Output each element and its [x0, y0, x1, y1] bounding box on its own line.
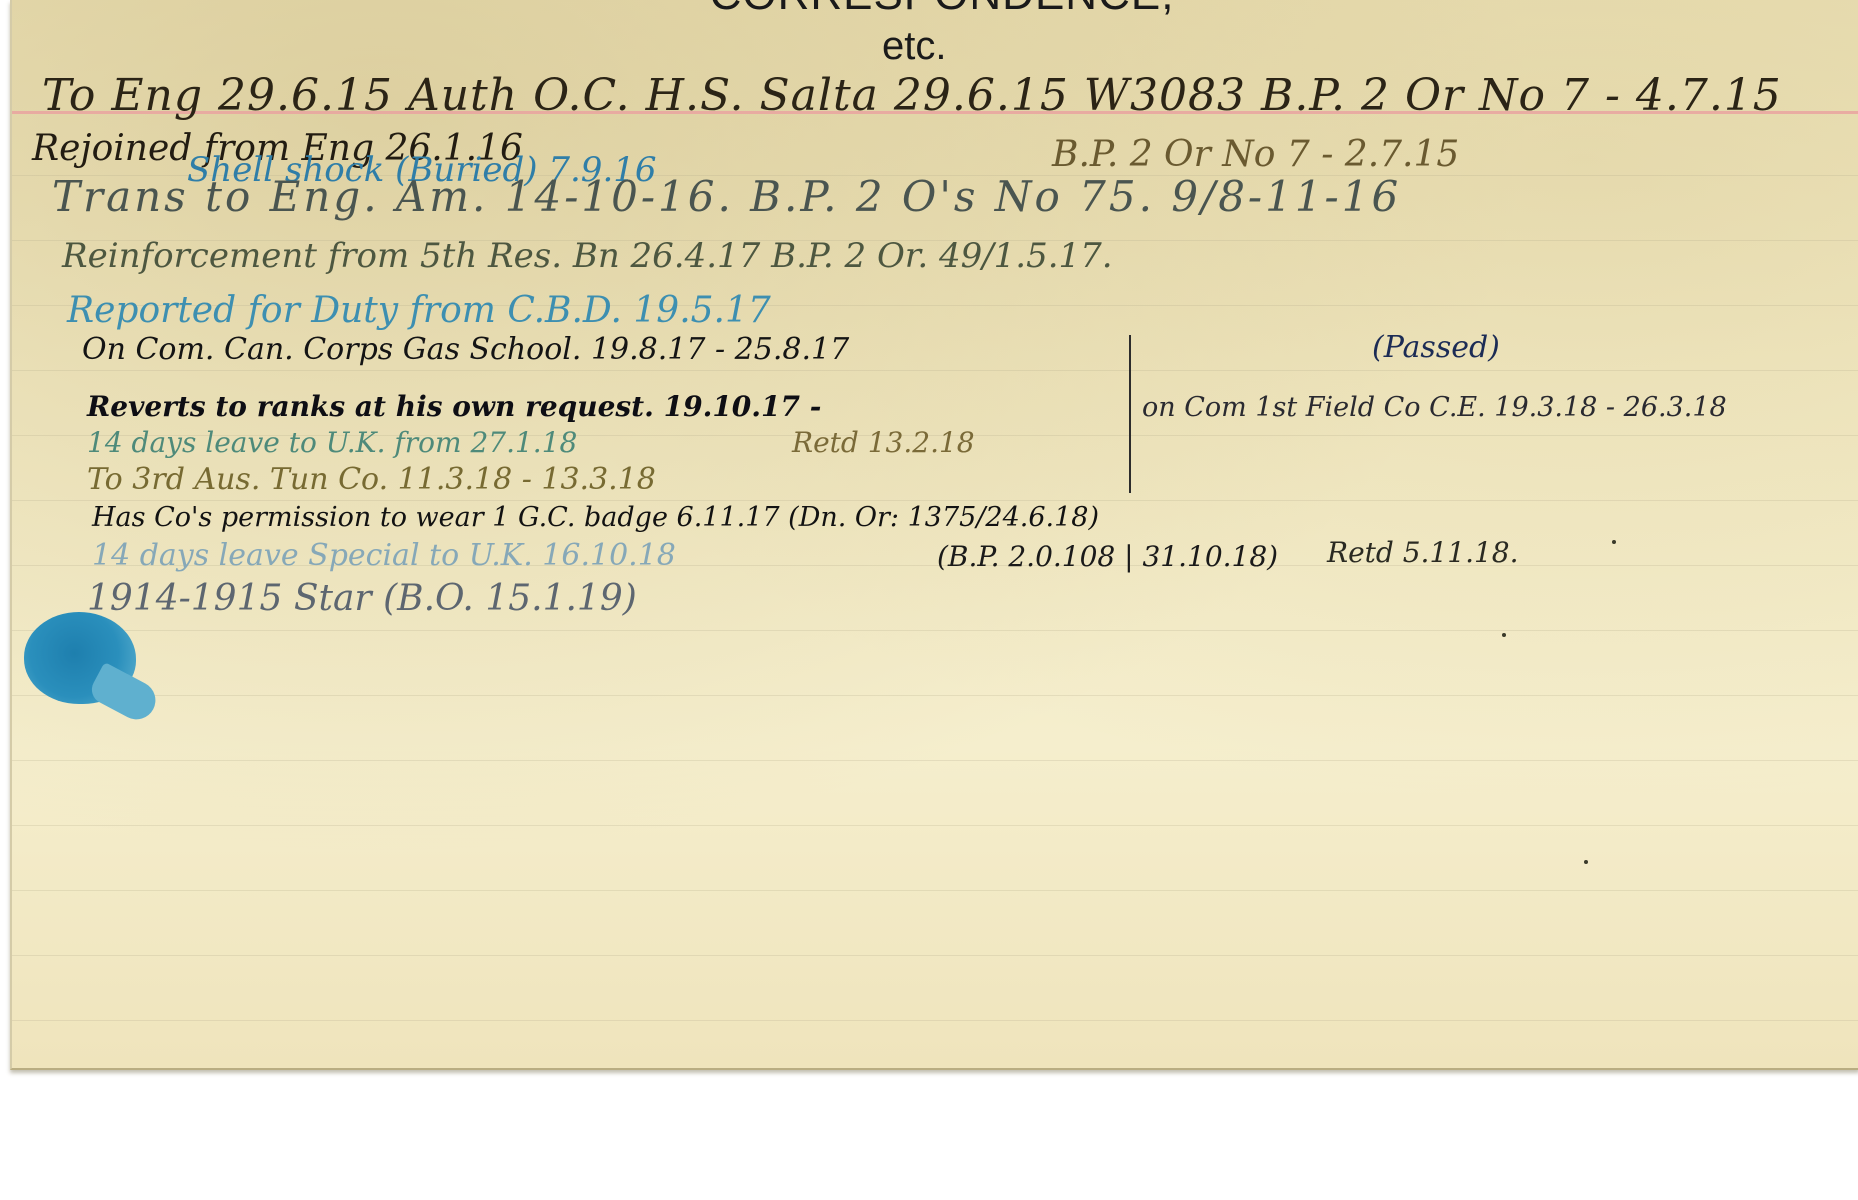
entry-trans-to-england: Trans to Eng. Am. 14-10-16. B.P. 2 O's N… — [52, 172, 1401, 221]
entry-special-leave-returned: Retd 5.11.18. — [1327, 536, 1519, 569]
entry-gas-school: On Com. Can. Corps Gas School. 19.8.17 -… — [82, 332, 849, 367]
paper-speck — [1502, 633, 1506, 637]
paper-speck — [1584, 860, 1588, 864]
entry-leave-uk-1918: 14 days leave to U.K. from 27.1.18 — [87, 426, 577, 459]
entry-leave-returned: Retd 13.2.18 — [792, 426, 975, 459]
ink-blot-tail — [87, 662, 162, 726]
ruled-line — [12, 955, 1858, 956]
printed-header-title: CORRESPONDENCE, — [632, 0, 1252, 20]
paper-speck — [1612, 540, 1616, 544]
ruled-line — [12, 760, 1858, 761]
entry-special-leave-bp: (B.P. 2.0.108 | 31.10.18) — [937, 540, 1278, 573]
ruled-line — [12, 695, 1858, 696]
ruled-line — [12, 1020, 1858, 1021]
printed-header-subtitle: etc. — [882, 24, 946, 69]
entry-to-england-1915: To Eng 29.6.15 Auth O.C. H.S. Salta 29.6… — [42, 70, 1782, 121]
ruled-line — [12, 370, 1858, 371]
entry-reinforcement: Reinforcement from 5th Res. Bn 26.4.17 B… — [62, 236, 1113, 276]
entry-gc-badge: Has Co's permission to wear 1 G.C. badge… — [92, 502, 1099, 533]
entry-tunnelling-company: To 3rd Aus. Tun Co. 11.3.18 - 13.3.18 — [87, 462, 656, 497]
entry-gas-school-passed: (Passed) — [1372, 330, 1500, 365]
entry-field-co-ce: on Com 1st Field Co C.E. 19.3.18 - 26.3.… — [1142, 392, 1727, 423]
record-card: CORRESPONDENCE, etc. To Eng 29.6.15 Auth… — [10, 0, 1858, 1070]
entry-1914-1915-star: 1914-1915 Star (B.O. 15.1.19) — [87, 578, 637, 619]
ruled-line — [12, 825, 1858, 826]
ruled-line — [12, 630, 1858, 631]
ruled-line — [12, 890, 1858, 891]
ruled-line — [12, 500, 1858, 501]
entry-reported-for-duty: Reported for Duty from C.B.D. 19.5.17 — [67, 290, 771, 331]
column-divider — [1129, 335, 1131, 493]
entry-bp-2-7-15: B.P. 2 Or No 7 - 2.7.15 — [1052, 134, 1459, 175]
entry-special-leave: 14 days leave Special to U.K. 16.10.18 — [92, 538, 676, 573]
entry-reverts-to-ranks: Reverts to ranks at his own request. 19.… — [87, 390, 821, 423]
